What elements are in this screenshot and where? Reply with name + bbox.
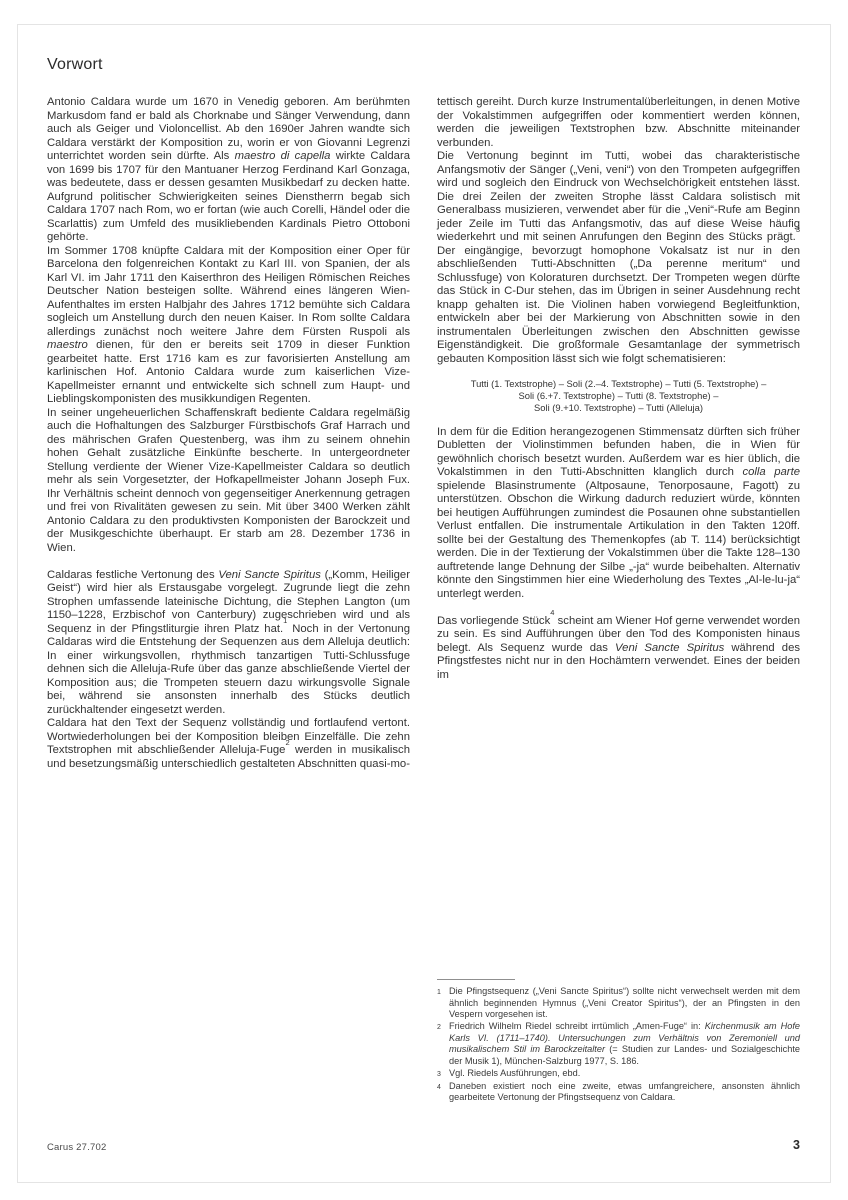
paragraph: In seiner ungeheuerlichen Schaffenskraft… (47, 407, 410, 556)
footnote-separator-rule (437, 979, 515, 980)
right-column: tettisch gereiht. Durch kurze Instrument… (437, 96, 800, 1104)
footnote-number: 1 (437, 986, 449, 1021)
paragraph: Die Vertonung beginnt im Tutti, wobei da… (437, 150, 800, 366)
footnote-text: Vgl. Riedels Ausführungen, ebd. (449, 1068, 800, 1081)
page-title: Vorwort (47, 56, 103, 74)
paragraph: Antonio Caldara wurde um 1670 in Venedig… (47, 96, 410, 245)
footnote-number: 2 (437, 1021, 449, 1068)
paragraph: Caldaras festliche Vertonung des Veni Sa… (47, 569, 410, 718)
footnote-text: Friedrich Wilhelm Riedel schreibt irrtüm… (449, 1021, 800, 1068)
footnote: 3 Vgl. Riedels Ausführungen, ebd. (437, 1068, 800, 1081)
form-schema-block: Tutti (1. Textstrophe) – Soli (2.–4. Tex… (441, 378, 796, 415)
footnote: 2 Friedrich Wilhelm Riedel schreibt irrt… (437, 1021, 800, 1068)
paragraph: Caldara hat den Text der Sequenz vollstä… (47, 717, 410, 771)
paragraph: In dem für die Edition herangezogenen St… (437, 426, 800, 602)
page-number: 3 (793, 1138, 800, 1152)
footnotes-block: 1 Die Pfingstsequenz („Veni Sancte Spiri… (437, 979, 800, 1104)
paragraph: Im Sommer 1708 knüpfte Caldara mit der K… (47, 245, 410, 407)
schema-line: Soli (9.+10. Textstrophe) – Tutti (Allel… (441, 402, 796, 414)
document-page: Vorwort Antonio Caldara wurde um 1670 in… (0, 0, 848, 1200)
footnote: 4 Daneben existiert noch eine zweite, et… (437, 1081, 800, 1104)
schema-line: Soli (6.+7. Textstrophe) – Tutti (8. Tex… (441, 390, 796, 402)
catalog-number: Carus 27.702 (47, 1142, 106, 1153)
left-column: Antonio Caldara wurde um 1670 in Venedig… (47, 96, 410, 1104)
footnote-number: 4 (437, 1081, 449, 1104)
footnote-number: 3 (437, 1068, 449, 1081)
paragraph: Das vorliegende Stück4 scheint am Wiener… (437, 615, 800, 683)
footnote-text: Daneben existiert noch eine zweite, etwa… (449, 1081, 800, 1104)
footnote: 1 Die Pfingstsequenz („Veni Sancte Spiri… (437, 986, 800, 1021)
schema-line: Tutti (1. Textstrophe) – Soli (2.–4. Tex… (441, 378, 796, 390)
footnote-text: Die Pfingstsequenz („Veni Sancte Spiritu… (449, 986, 800, 1021)
two-column-text: Antonio Caldara wurde um 1670 in Venedig… (47, 96, 800, 1104)
paragraph: tettisch gereiht. Durch kurze Instrument… (437, 96, 800, 150)
